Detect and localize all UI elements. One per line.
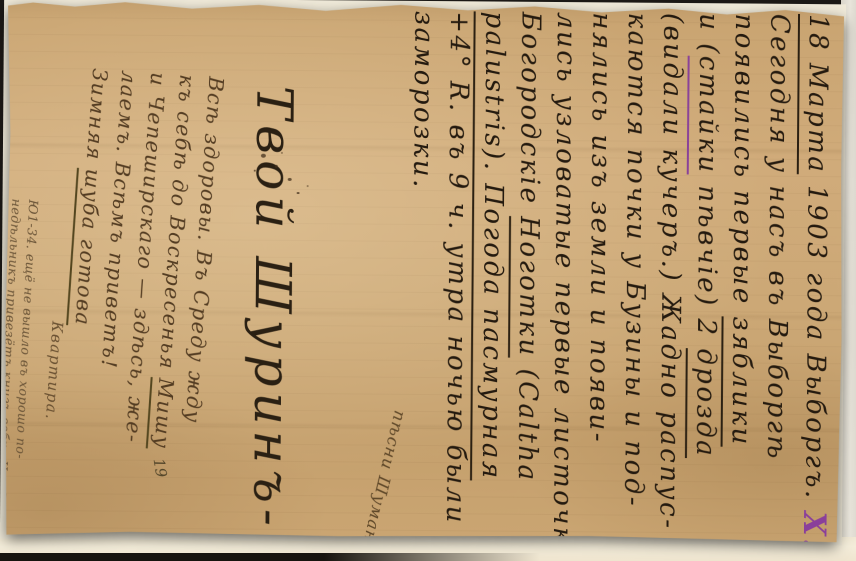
handwriting-line: Богородскіе Ноготки (Caltha: [508, 12, 548, 534]
handwriting-line: нялись изъ земли и появи-: [579, 12, 619, 534]
ink-speck: [261, 154, 266, 158]
line3-text: появились первые: [727, 13, 759, 316]
line9-text: Богородскіе: [514, 12, 546, 217]
ink-speck: [254, 170, 256, 172]
line4-text: и (: [693, 13, 723, 56]
ink-speck: [281, 152, 283, 154]
line4-purple-marked-word: стайки: [692, 56, 723, 175]
ps-line2-underlined-word: Мишу: [149, 377, 178, 450]
handwriting-line-underlined: palustris). Погода пасмурная: [472, 11, 512, 533]
handwriting-line: (видали кучеръ.) Жадно распус-: [650, 13, 690, 535]
ps-line5-text: Зимняя: [81, 68, 112, 170]
line9-underlined-word: Ноготки: [513, 216, 544, 358]
handwriting-line: Сегодня у насъ въ Выборгѣ: [757, 14, 797, 536]
ink-speck: [307, 185, 309, 187]
postcard: 18 Марта 1903 года Выборгъ. Х. Сегодня у…: [4, 0, 844, 542]
handwriting-line: заморозки.: [401, 11, 441, 533]
message-block: 18 Марта 1903 года Выборгъ. Х. Сегодня у…: [401, 11, 839, 536]
handwriting-line: лись узловатые первые листочки: [543, 12, 583, 534]
handwriting-line: каются почки у Бузины и под-: [614, 13, 654, 535]
scanner-shadow-bottom: [0, 553, 540, 561]
tiny-number-note: 19: [150, 457, 171, 479]
postcard-paper: 18 Марта 1903 года Выборгъ. Х. Сегодня у…: [4, 0, 844, 542]
signature: Твой Шуринъ-: [242, 86, 303, 516]
handwriting-line: +4° R. въ 9 ч. утра ночью были: [436, 11, 476, 533]
ink-speck: [269, 183, 271, 185]
handwriting-line: появились первые зяблики: [721, 13, 761, 535]
ink-speck: [275, 165, 278, 168]
date-rest: 1903 года Выборгъ.: [799, 174, 832, 511]
line9-text-post: (Caltha: [512, 358, 543, 483]
line4-underlined-word: дрозда: [690, 348, 721, 458]
date-underlined: 18 Марта: [802, 14, 833, 175]
postscript-block: Всѣ здоровы. Въ Среду жду къ себѣ до Вос…: [32, 66, 231, 546]
ink-speck: [297, 192, 300, 194]
ink-speck: [288, 178, 292, 181]
line3-underlined-word: зяблики: [726, 316, 757, 447]
date-line: 18 Марта 1903 года Выборгъ. Х.: [792, 14, 839, 536]
line4-text-mid: пѣвчіе) 2: [691, 174, 722, 348]
scanned-postcard-image: 18 Марта 1903 года Выборгъ. Х. Сегодня у…: [0, 0, 856, 561]
handwriting-line: и (стайки пѣвчіе) 2 дрозда: [686, 13, 726, 535]
